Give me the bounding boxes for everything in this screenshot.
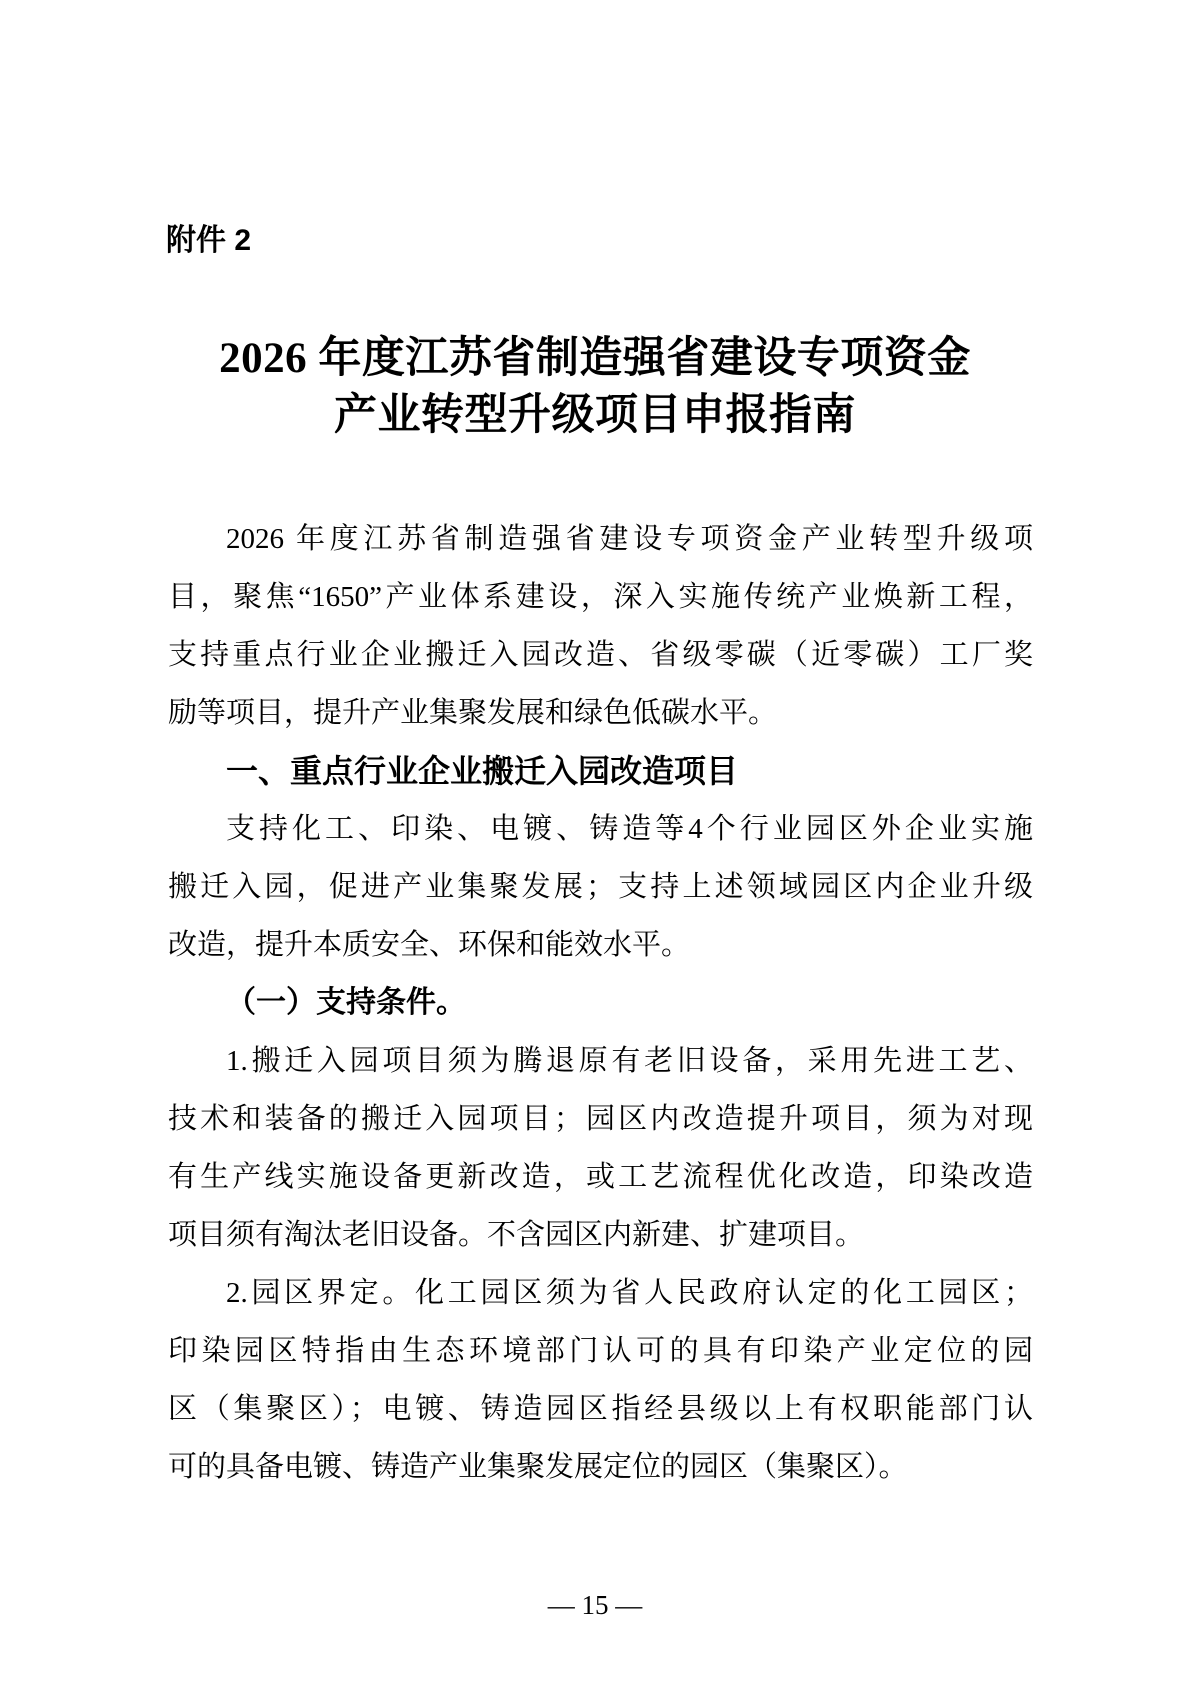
subsection-heading-support-conditions: （一）支持条件。 <box>168 974 1033 1032</box>
text-line: 有生产线实施设备更新改造，或工艺流程优化改造，印染改造 <box>168 1148 1033 1206</box>
paragraph-condition-2: 2.园区界定。化工园区须为省人民政府认定的化工园区； 印染园区特指由生态环境部门… <box>168 1264 1033 1496</box>
text-line: 项目须有淘汰老旧设备。不含园区内新建、扩建项目。 <box>168 1206 1033 1264</box>
document-title-line-2: 产业转型升级项目申报指南 <box>0 387 1190 444</box>
paragraph-intro: 2026 年度江苏省制造强省建设专项资金产业转型升级项 目，聚焦“1650”产业… <box>168 510 1033 742</box>
paragraph-condition-1: 1.搬迁入园项目须为腾退原有老旧设备，采用先进工艺、 技术和装备的搬迁入园项目；… <box>168 1032 1033 1264</box>
text-line: 2.园区界定。化工园区须为省人民政府认定的化工园区； <box>168 1264 1033 1322</box>
document-page: 附件 2 2026 年度江苏省制造强省建设专项资金 产业转型升级项目申报指南 2… <box>0 0 1190 1683</box>
document-title: 2026 年度江苏省制造强省建设专项资金 产业转型升级项目申报指南 <box>0 330 1190 444</box>
document-body: 2026 年度江苏省制造强省建设专项资金产业转型升级项 目，聚焦“1650”产业… <box>168 510 1033 1496</box>
text-line: 搬迁入园，促进产业集聚发展；支持上述领域园区内企业升级 <box>168 858 1033 916</box>
text-line: 励等项目，提升产业集聚发展和绿色低碳水平。 <box>168 684 1033 742</box>
paragraph-section-intro: 支持化工、印染、电镀、铸造等4个行业园区外企业实施 搬迁入园，促进产业集聚发展；… <box>168 800 1033 974</box>
section-heading-1: 一、重点行业企业搬迁入园改造项目 <box>168 742 1033 800</box>
text-line: 改造，提升本质安全、环保和能效水平。 <box>168 916 1033 974</box>
text-line: 技术和装备的搬迁入园项目；园区内改造提升项目，须为对现 <box>168 1090 1033 1148</box>
text-line: 印染园区特指由生态环境部门认可的具有印染产业定位的园 <box>168 1322 1033 1380</box>
text-line: 支持化工、印染、电镀、铸造等4个行业园区外企业实施 <box>168 800 1033 858</box>
document-title-line-1: 2026 年度江苏省制造强省建设专项资金 <box>0 330 1190 387</box>
text-line: 1.搬迁入园项目须为腾退原有老旧设备，采用先进工艺、 <box>168 1032 1033 1090</box>
text-line: 支持重点行业企业搬迁入园改造、省级零碳（近零碳）工厂奖 <box>168 626 1033 684</box>
text-line: 区（集聚区）；电镀、铸造园区指经县级以上有权职能部门认 <box>168 1380 1033 1438</box>
text-line: 2026 年度江苏省制造强省建设专项资金产业转型升级项 <box>168 510 1033 568</box>
page-number: — 15 — <box>0 1588 1190 1622</box>
text-line: 目，聚焦“1650”产业体系建设，深入实施传统产业焕新工程， <box>168 568 1033 626</box>
attachment-label: 附件 2 <box>166 224 251 258</box>
text-line: 可的具备电镀、铸造产业集聚发展定位的园区（集聚区）。 <box>168 1438 1033 1496</box>
